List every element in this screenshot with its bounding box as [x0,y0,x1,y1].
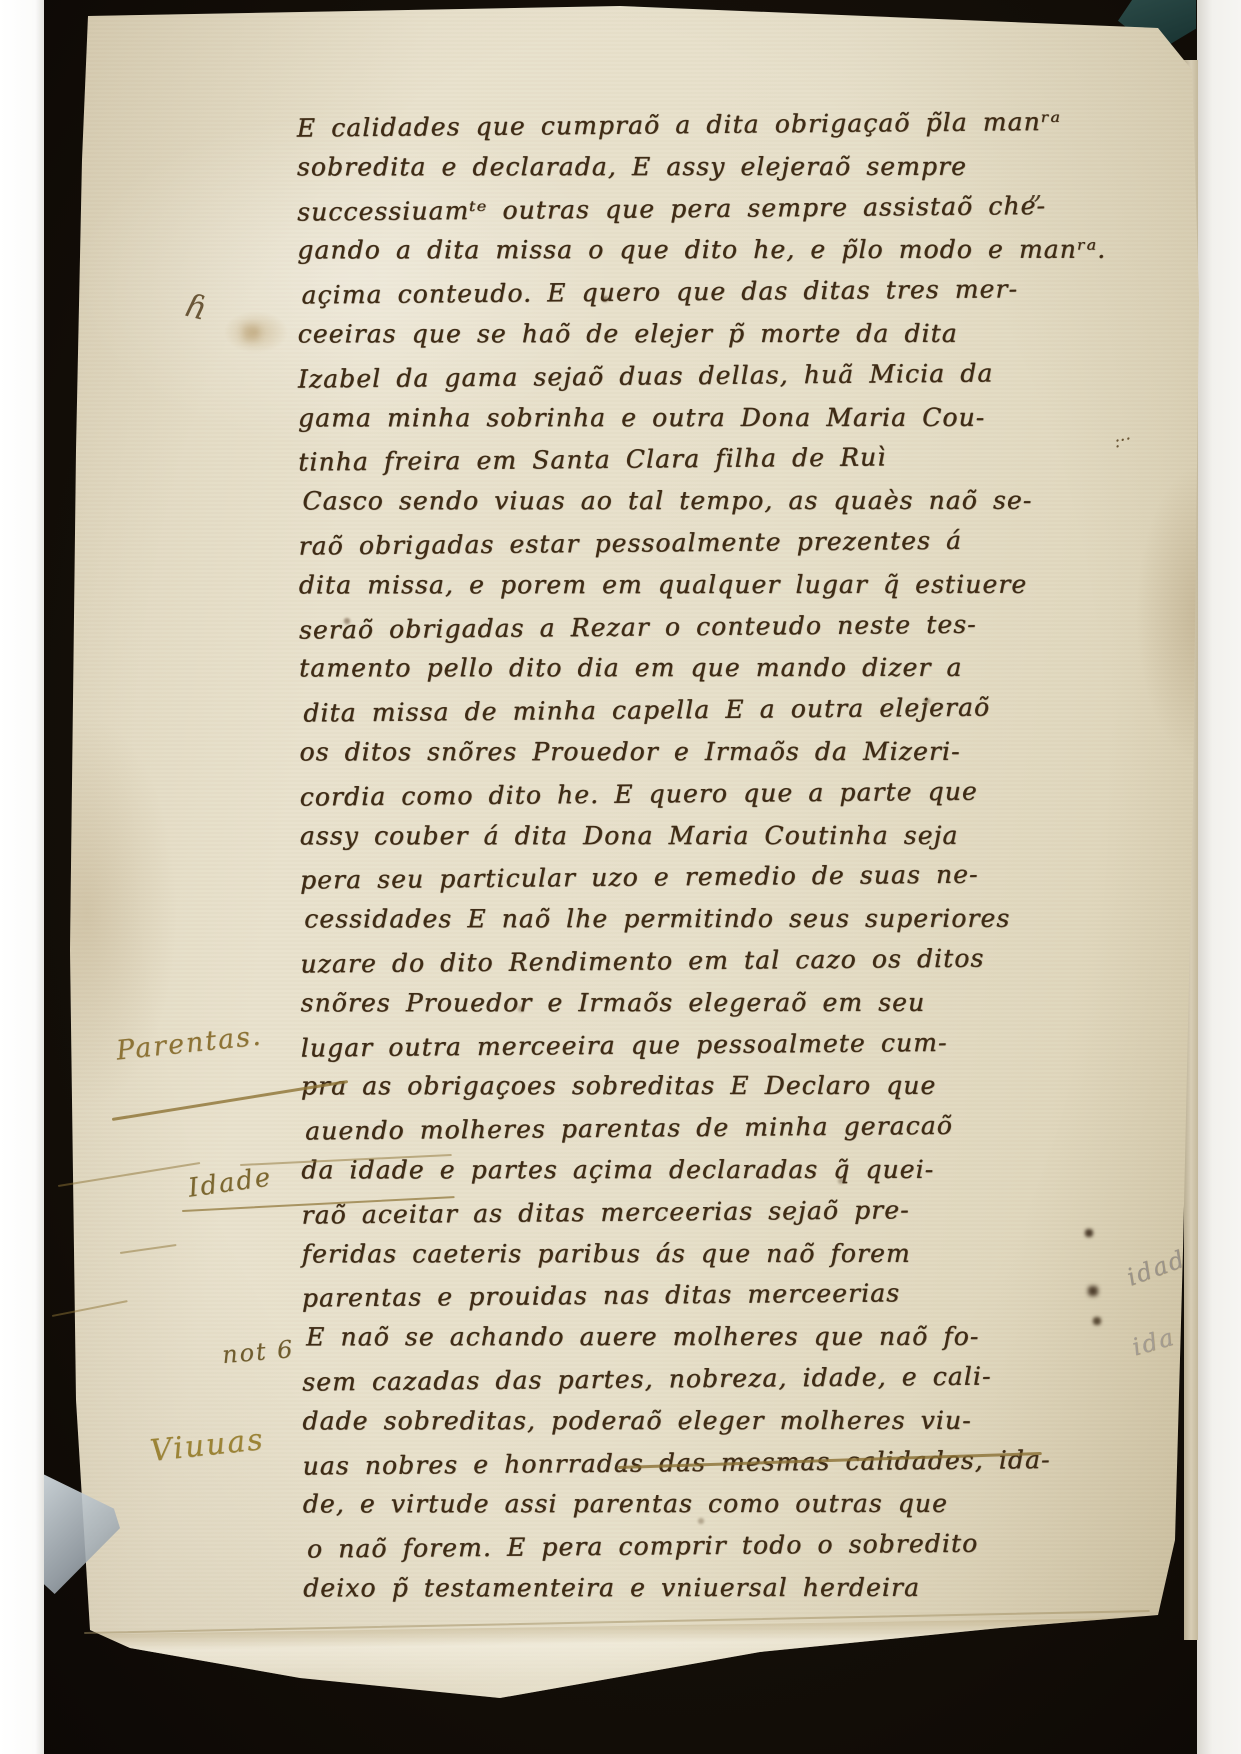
manuscript-line: E naõ se achando auere molheres que naõ … [306,1316,1111,1358]
manuscript-line: seraõ obrigadas a Rezar o conteudo neste… [299,602,1108,651]
manuscript-line: tinha freira em Santa Clara filha de Ruì [298,435,1107,484]
manuscript-line: raõ obrigadas estar pessoalmente prezent… [298,518,1107,567]
manuscript-text: E calidades que cumpraõ a dita obrigaçaõ… [297,102,1112,1610]
manuscript-line: de, e virtude assi parentas como outras … [303,1483,1112,1526]
manuscript-line: feridas caeteris paribus ás que naõ fore… [302,1232,1111,1275]
scan-white-edge-right [1197,0,1241,1754]
manuscript-line: snõres Prouedor e Irmaõs elegeraõ em seu [301,981,1110,1024]
manuscript-line: tamento pello dito dia em que mando dize… [299,647,1108,690]
manuscript-line: raõ aceitar as ditas merceerias sejaõ pr… [301,1187,1110,1236]
manuscript-line: deixo p̃ testamenteira e vniuersal herde… [303,1567,1112,1610]
ink-mark: „ [1028,172,1043,205]
manuscript-line: pera seu particular uzo e remedio de sua… [300,853,1109,902]
manuscript-line: dita missa, e porem em qualquer lugar q̃… [299,563,1108,606]
manuscript-line: auendo molheres parentas de minha geraca… [305,1104,1110,1153]
manuscript-line: parentas e prouidas nas ditas merceerias [302,1271,1111,1320]
manuscript-line: açima conteudo. E quero que das ditas tr… [301,268,1106,317]
manuscript-line: gama minha sobrinha e outra Dona Maria C… [298,396,1107,439]
manuscript-line: ceeiras que se haõ de elejer p̃ morte da… [298,313,1107,356]
scan-white-edge-left [0,0,44,1754]
manuscript-line: o naõ forem. E pera comprir todo o sobre… [307,1522,1112,1571]
manuscript-line: dade sobreditas, poderaõ eleger molheres… [302,1399,1111,1442]
manuscript-line: Casco sendo viuas ao tal tempo, as quaès… [302,480,1107,522]
manuscript-line: successiuamᵗᵉ outras que pera sempre ass… [297,184,1106,233]
manuscript-line: sobredita e declarada, E assy elejeraõ s… [297,145,1106,188]
manuscript-line: lugar outra merceeira que pessoalmete cu… [301,1020,1110,1069]
manuscript-line: E calidades que cumpraõ a dita obrigaçaõ… [297,100,1106,149]
manuscript-line: cordia como dito he. E quero que a parte… [300,769,1109,818]
manuscript-line: dita missa de minha capella E a outra el… [303,686,1108,735]
manuscript-line: Izabel da gama sejaõ duas dellas, huã Mi… [298,351,1107,400]
manuscript-line: sem cazadas das partes, nobreza, idade, … [302,1354,1111,1403]
manuscript-line: assy couber á dita Dona Maria Coutinha s… [300,814,1109,857]
manuscript-line: uzare do dito Rendimento em tal cazo os … [300,936,1109,985]
manuscript-line: cessidades E naõ lhe permitindo seus sup… [304,898,1109,940]
manuscript-line: os ditos snõres Prouedor e Irmaõs da Miz… [300,731,1109,774]
manuscript-line: gando a dita missa o que dito he, e p̃lo… [297,229,1106,272]
manuscript-line: pra as obrigaçoes sobreditas E Declaro q… [301,1065,1110,1108]
manuscript-page: E calidades que cumpraõ a dita obrigaçaõ… [0,0,1241,1754]
